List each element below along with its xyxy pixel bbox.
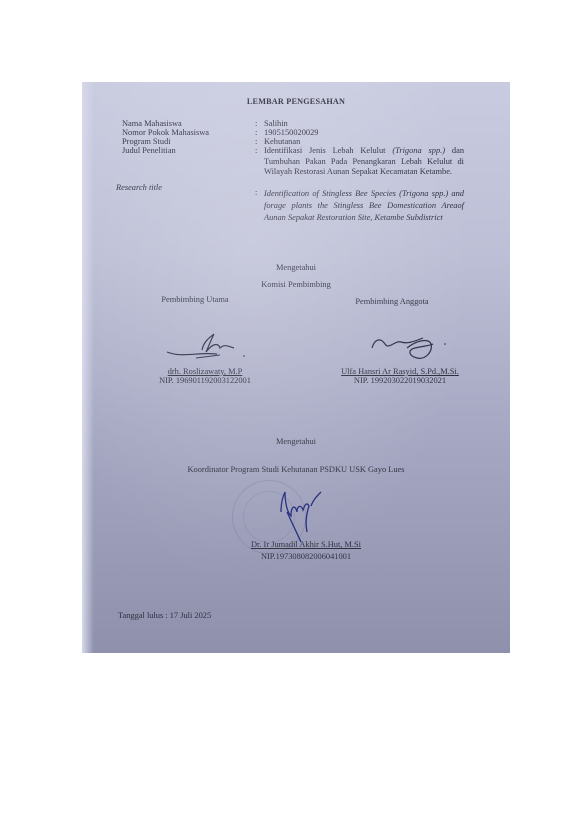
signature-2 [367,330,457,365]
komisi-heading: Komisi Pembimbing [82,280,510,290]
supervisor-2-role: Pembimbing Anggota [342,297,442,307]
signature-1 [162,330,257,360]
value-research-title: Identification of Stingless Bee Species … [264,188,464,224]
coordinator-nip: NIP.197308082006041001 [232,552,380,562]
label-judul: Judul Penelitian [122,146,176,156]
graduation-date: Tanggal lulus : 17 Juli 2025 [118,611,211,621]
coordinator-name: Dr. Ir Jumadil Akhir S.Hut, M.Si [236,540,376,550]
document-photo: LEMBAR PENGESAHAN Nama Mahasiswa : Salih… [82,82,510,653]
separator: : [255,146,257,156]
supervisor-1-nip: NIP. 196901192003122001 [142,376,268,386]
value-judul: Identifikasi Jenis Lebah Kelulut (Trigon… [264,146,464,178]
mengetahui-heading: Mengetahui [82,263,510,273]
page-title: LEMBAR PENGESAHAN [82,97,510,107]
label-research-title: Research title [116,183,162,193]
supervisor-2-nip: NIP. 199203022019032021 [334,376,466,386]
mengetahui-heading-2: Mengetahui [82,437,510,447]
coordinator-role: Koordinator Program Studi Kehutanan PSDK… [82,465,510,475]
signature-coordinator [267,482,337,547]
supervisor-1-role: Pembimbing Utama [150,295,240,305]
separator: : [255,188,257,198]
